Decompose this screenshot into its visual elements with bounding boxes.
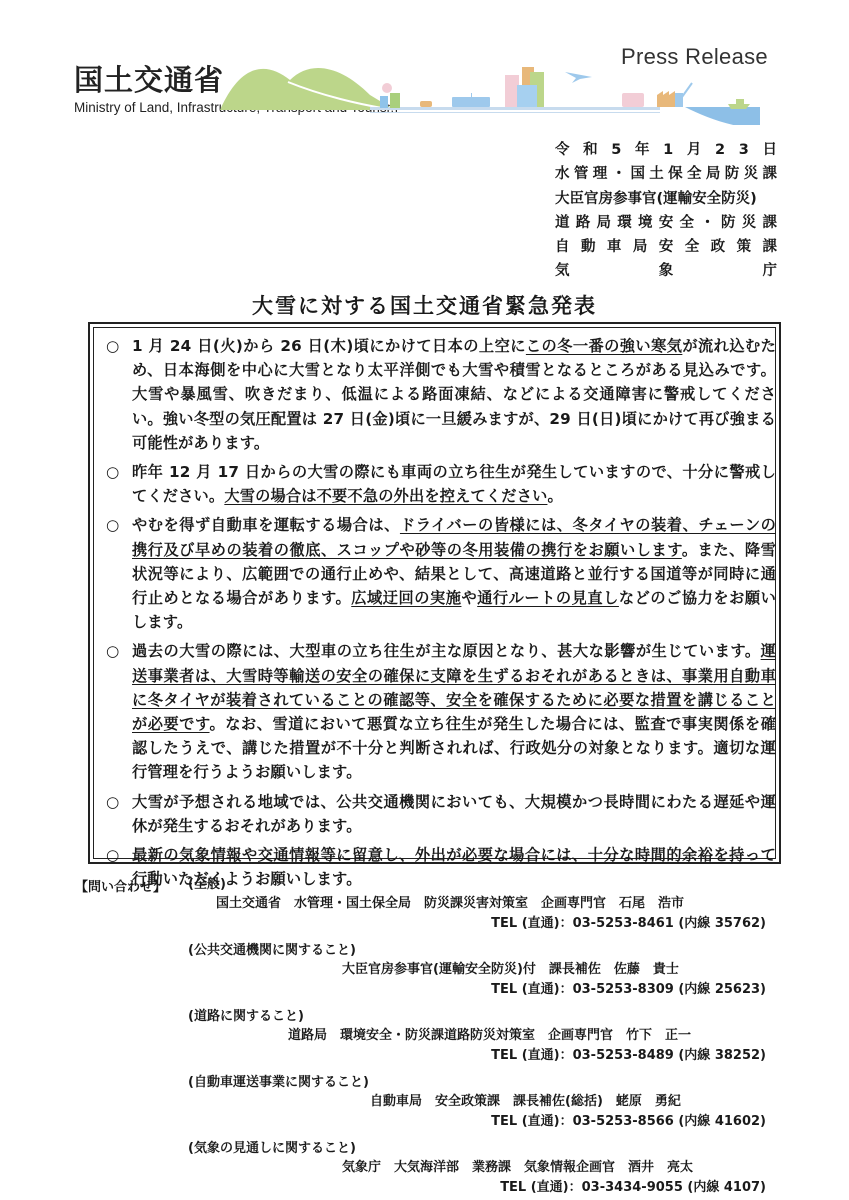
document-title: 大雪に対する国土交通省緊急発表 <box>0 290 849 320</box>
contact-category: (気象の見通しに関すること) <box>188 1140 766 1158</box>
department-char: 災 <box>744 162 759 186</box>
contact-block: (道路に関すること)道路局 環境安全・防災課道路防災対策室 企画専門官 竹下 正… <box>188 1008 766 1066</box>
contact-person: 道路局 環境安全・防災課道路防災対策室 企画専門官 竹下 正一 <box>188 1026 766 1046</box>
contact-category: (公共交通機関に関すること) <box>188 942 766 960</box>
date-char: 5 <box>611 138 621 162</box>
department-char: 象 <box>659 259 674 283</box>
item-text: 1 月 24 日(火)から 26 日(木)頃にかけて日本の上空に <box>132 337 526 355</box>
item-text: 。 <box>547 487 562 505</box>
department-char: 大臣官房参事官(運輸安全防災) <box>555 187 757 211</box>
contact-block: (公共交通機関に関すること)大臣官房参事官(運輸安全防災)付 課長補佐 佐藤 貴… <box>188 942 766 1000</box>
bullet-circle-icon: ○ <box>106 639 119 663</box>
department-char: 庁 <box>763 259 778 283</box>
announcement-item: ○やむを得ず自動車を運転する場合は、ドライバーの皆様には、冬タイヤの装着、チェー… <box>106 513 776 634</box>
date-char: 2 <box>715 138 725 162</box>
department-char: 路 <box>576 211 591 235</box>
date-char: 1 <box>663 138 673 162</box>
emphasized-text: この冬一番の強い寒気 <box>526 337 683 355</box>
department-char: 全 <box>685 235 700 259</box>
item-text: 大雪が予想される地域では、公共交通機関においても、大規模かつ長時間にわたる遅延や… <box>132 793 776 835</box>
department-char: 安 <box>659 211 674 235</box>
department-line: 自動車局安全政策課 <box>555 235 777 259</box>
department-char: 国 <box>630 162 645 186</box>
department-char: 保 <box>668 162 683 186</box>
department-line: 大臣官房参事官(運輸安全防災) <box>555 187 777 211</box>
date-char: 年 <box>635 138 650 162</box>
department-char: 局 <box>706 162 721 186</box>
department-char: 理 <box>593 162 608 186</box>
date-char: 月 <box>687 138 702 162</box>
item-text: 。なお、雪道において悪質な立ち往生が発生した場合には、監査で事実関係を確認したう… <box>132 715 776 781</box>
announcement-box-inner: ○1 月 24 日(火)から 26 日(木)頃にかけて日本の上空にこの冬一番の強… <box>93 327 776 859</box>
department-char: 政 <box>711 235 726 259</box>
date-char: 日 <box>763 138 778 162</box>
announcement-item: ○大雪が予想される地域では、公共交通機関においても、大規模かつ長時間にわたる遅延… <box>106 790 776 838</box>
department-char: 水 <box>555 162 570 186</box>
department-char: 課 <box>763 235 778 259</box>
contact-phone: TEL (直通)：03-3434-9055 (内線 4107) <box>188 1178 766 1198</box>
item-text: 過去の大雪の際には、大型車の立ち往生が主な原因となり、甚大な影響が生じています。 <box>132 642 761 660</box>
announcement-item: ○1 月 24 日(火)から 26 日(木)頃にかけて日本の上空にこの冬一番の強… <box>106 334 776 455</box>
department-char: 動 <box>581 235 596 259</box>
department-char: 車 <box>607 235 622 259</box>
department-line: 道路局環境安全・防災課 <box>555 211 777 235</box>
department-char: 環 <box>617 211 632 235</box>
emphasized-text: 通行ルートの見直し <box>477 589 619 607</box>
department-char: ・ <box>612 162 627 186</box>
department-char: 局 <box>633 235 648 259</box>
issue-date: 令和5年1月23日 <box>555 138 777 162</box>
contact-person: 自動車局 安全政策課 課長補佐(総括) 蛯原 勇紀 <box>188 1092 766 1112</box>
department-char: 防 <box>725 162 740 186</box>
announcement-item: ○過去の大雪の際には、大型車の立ち往生が主な原因となり、甚大な影響が生じています… <box>106 639 776 784</box>
contact-phone: TEL (直通)：03-5253-8566 (内線 41602) <box>188 1112 766 1132</box>
department-char: 自 <box>555 235 570 259</box>
announcement-items: ○1 月 24 日(火)から 26 日(木)頃にかけて日本の上空にこの冬一番の強… <box>106 334 776 896</box>
department-char: 課 <box>762 162 777 186</box>
contact-phone: TEL (直通)：03-5253-8489 (内線 38252) <box>188 1046 766 1066</box>
department-line: 気象庁 <box>555 259 777 283</box>
bullet-circle-icon: ○ <box>106 513 119 537</box>
contacts-label: 【問い合わせ】 <box>75 876 166 895</box>
ministry-logo-japanese: 国土交通省 <box>74 63 224 97</box>
department-char: 局 <box>597 211 612 235</box>
department-char: 災 <box>742 211 757 235</box>
emphasized-text: 大雪の場合は不要不急の外出を控えてください <box>224 487 547 505</box>
department-char: 管 <box>574 162 589 186</box>
contact-person: 大臣官房参事官(運輸安全防災)付 課長補佐 佐藤 貴士 <box>188 960 766 980</box>
date-char: 3 <box>739 138 749 162</box>
contact-category: (道路に関すること) <box>188 1008 766 1026</box>
bullet-circle-icon: ○ <box>106 334 119 358</box>
department-char: 安 <box>659 235 674 259</box>
department-char: 防 <box>721 211 736 235</box>
issuer-block: 令和5年1月23日 水管理・国土保全局防災課大臣官房参事官(運輸安全防災)道路局… <box>555 138 777 284</box>
contact-category: (全般) <box>188 876 766 894</box>
date-char: 令 <box>555 138 570 162</box>
announcement-item: ○昨年 12 月 17 日からの大雪の際にも車両の立ち往生が発生していますので、… <box>106 460 776 508</box>
department-char: 全 <box>680 211 695 235</box>
bullet-circle-icon: ○ <box>106 460 119 484</box>
department-char: ・ <box>700 211 715 235</box>
department-char: 策 <box>737 235 752 259</box>
department-char: 全 <box>687 162 702 186</box>
contact-phone: TEL (直通)：03-5253-8461 (内線 35762) <box>188 914 766 934</box>
bullet-circle-icon: ○ <box>106 790 119 814</box>
contact-block: (自動車運送事業に関すること)自動車局 安全政策課 課長補佐(総括) 蛯原 勇紀… <box>188 1074 766 1132</box>
contact-block: (全般)国土交通省 水管理・国土保全局 防災課災害対策室 企画専門官 石尾 浩市… <box>188 876 766 934</box>
bullet-circle-icon: ○ <box>106 843 119 867</box>
transport-landscape-illustration-icon <box>220 55 760 125</box>
contacts-list: (全般)国土交通省 水管理・国土保全局 防災課災害対策室 企画専門官 石尾 浩市… <box>188 876 766 1200</box>
department-char: 気 <box>555 259 570 283</box>
date-char: 和 <box>583 138 598 162</box>
department-char: 課 <box>763 211 778 235</box>
department-char: 道 <box>555 211 570 235</box>
item-text: やむを得ず自動車を運転する場合は、 <box>132 516 400 534</box>
item-text: や <box>461 589 477 607</box>
contact-phone: TEL (直通)：03-5253-8309 (内線 25623) <box>188 980 766 1000</box>
contact-person: 国土交通省 水管理・国土保全局 防災課災害対策室 企画専門官 石尾 浩市 <box>188 894 766 914</box>
emphasized-text: 広域迂回の実施 <box>351 589 461 607</box>
contact-block: (気象の見通しに関すること)気象庁 大気海洋部 業務課 気象情報企画官 酒井 亮… <box>188 1140 766 1198</box>
department-line: 水管理・国土保全局防災課 <box>555 162 777 186</box>
contact-person: 気象庁 大気海洋部 業務課 気象情報企画官 酒井 亮太 <box>188 1158 766 1178</box>
department-char: 土 <box>649 162 664 186</box>
announcement-box: ○1 月 24 日(火)から 26 日(木)頃にかけて日本の上空にこの冬一番の強… <box>88 322 781 864</box>
contact-category: (自動車運送事業に関すること) <box>188 1074 766 1092</box>
department-char: 境 <box>638 211 653 235</box>
